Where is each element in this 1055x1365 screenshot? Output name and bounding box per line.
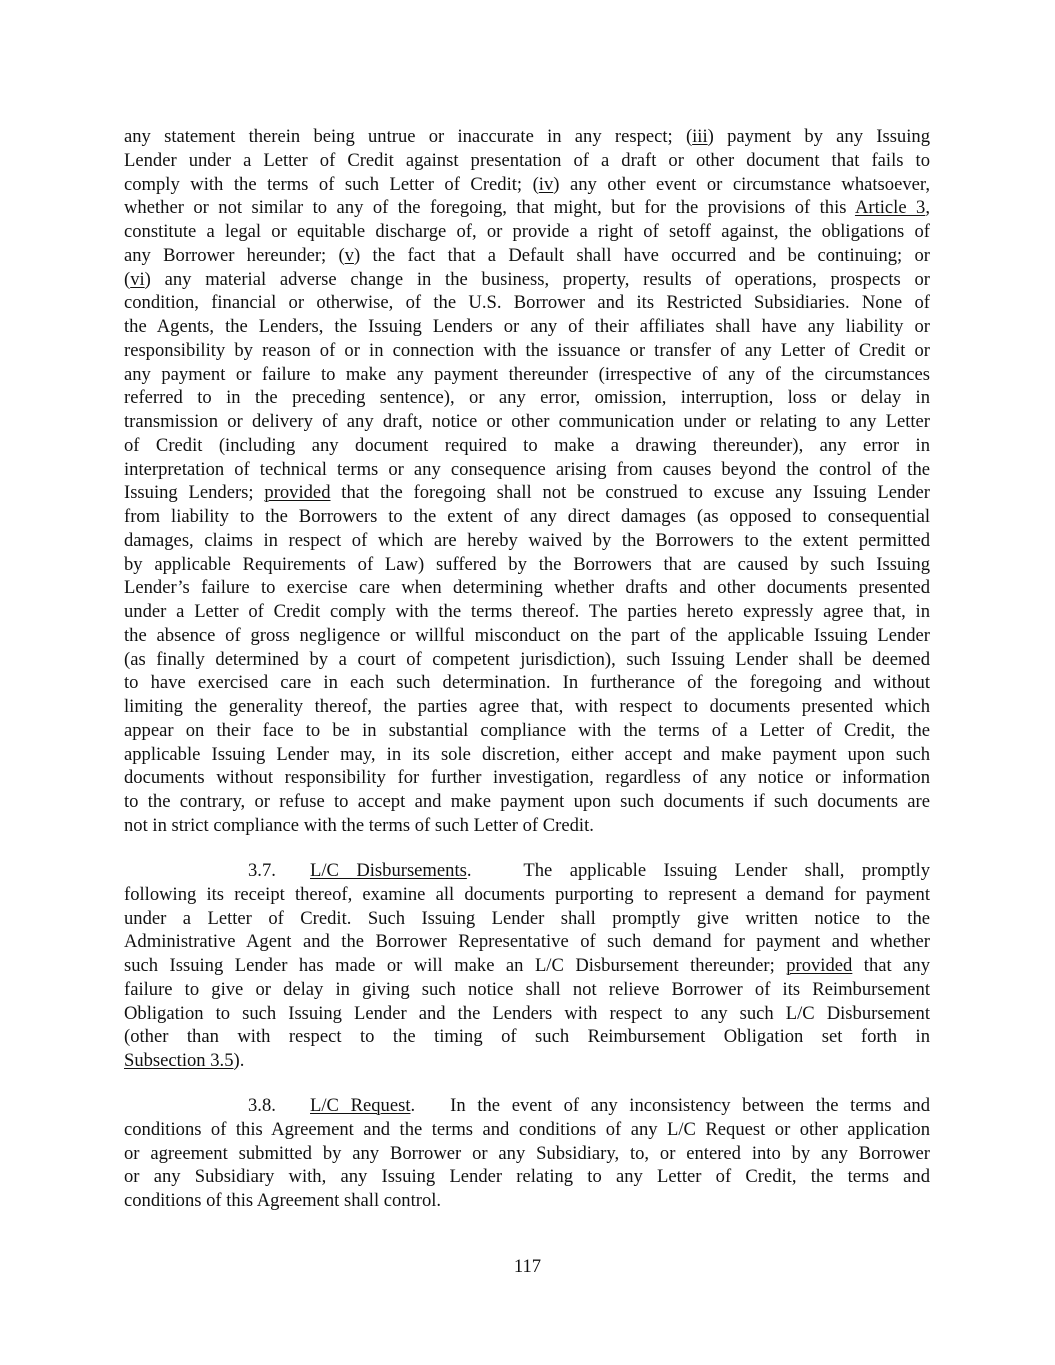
text-line: interpretation of technical terms or any… [124, 458, 930, 482]
paragraph-continuation: any statement therein being untrue or in… [124, 125, 930, 838]
text-line: (as finally determined by a court of com… [124, 648, 930, 672]
text-line: responsibility by reason of or in connec… [124, 339, 930, 363]
text-line: to have exercised care in each such dete… [124, 671, 930, 695]
section-3-7-l-c-disbursements: 3.7.L/C Disbursements. The applicable Is… [124, 859, 930, 1073]
underlined-reference: provided [786, 955, 852, 976]
underlined-reference: vi [130, 269, 144, 290]
section-3-8-l-c-request: 3.8.L/C Request. In the event of any inc… [124, 1094, 930, 1213]
underlined-reference: v [345, 245, 354, 266]
text-line: Subsection 3.5). [124, 1049, 930, 1073]
text-line: or any Subsidiary with, any Issuing Lend… [124, 1165, 930, 1189]
text-line: Administrative Agent and the Borrower Re… [124, 930, 930, 954]
text-line: failure to give or delay in giving such … [124, 978, 930, 1002]
underlined-reference: Article 3 [855, 197, 925, 218]
text-line: applicable Issuing Lender may, in its so… [124, 743, 930, 767]
underlined-reference: Subsection 3.5 [124, 1050, 234, 1071]
text-line: any statement therein being untrue or in… [124, 125, 930, 149]
text-line: documents without responsibility for fur… [124, 766, 930, 790]
document-page: any statement therein being untrue or in… [0, 0, 1055, 1365]
text-line: conditions of this Agreement shall contr… [124, 1189, 930, 1213]
text-line: comply with the terms of such Letter of … [124, 173, 930, 197]
text-line: any Borrower hereunder; (v) the fact tha… [124, 244, 930, 268]
text-line: Issuing Lenders; provided that the foreg… [124, 481, 930, 505]
text-line: (vi) any material adverse change in the … [124, 268, 930, 292]
text-line: not in strict compliance with the terms … [124, 814, 930, 838]
text-line: Lender’s failure to exercise care when d… [124, 576, 930, 600]
text-line: Lender under a Letter of Credit against … [124, 149, 930, 173]
section-number: 3.8. [248, 1094, 310, 1118]
text-line: of Credit (including any document requir… [124, 434, 930, 458]
text-line: by applicable Requirements of Law) suffe… [124, 553, 930, 577]
text-line: damages, claims in respect of which are … [124, 529, 930, 553]
text-line: under a Letter of Credit comply with the… [124, 600, 930, 624]
text-line: under a Letter of Credit. Such Issuing L… [124, 907, 930, 931]
page-number: 117 [0, 1256, 1055, 1278]
section-number: 3.7. [248, 859, 310, 883]
text-line: 3.7.L/C Disbursements. The applicable Is… [124, 859, 930, 883]
text-line: constitute a legal or equitable discharg… [124, 220, 930, 244]
section-title: L/C Disbursements [310, 860, 467, 881]
text-line: limiting the generality thereof, the par… [124, 695, 930, 719]
underlined-reference: iv [539, 174, 553, 195]
text-line: from liability to the Borrowers to the e… [124, 505, 930, 529]
text-line: whether or not similar to any of the for… [124, 196, 930, 220]
text-line: to the contrary, or refuse to accept and… [124, 790, 930, 814]
text-line: or agreement submitted by any Borrower o… [124, 1142, 930, 1166]
text-line: such Issuing Lender has made or will mak… [124, 954, 930, 978]
section-title: L/C Request [310, 1095, 411, 1116]
text-line: the absence of gross negligence or willf… [124, 624, 930, 648]
text-line: following its receipt thereof, examine a… [124, 883, 930, 907]
underlined-reference: iii [692, 126, 708, 147]
text-line: Obligation to such Issuing Lender and th… [124, 1002, 930, 1026]
underlined-reference: provided [264, 482, 330, 503]
text-line: conditions of this Agreement and the ter… [124, 1118, 930, 1142]
text-line: referred to in the preceding sentence), … [124, 386, 930, 410]
text-line: the Agents, the Lenders, the Issuing Len… [124, 315, 930, 339]
text-line: (other than with respect to the timing o… [124, 1025, 930, 1049]
text-line: condition, financial or otherwise, of th… [124, 291, 930, 315]
text-line: transmission or delivery of any draft, n… [124, 410, 930, 434]
text-line: appear on their face to be in substantia… [124, 719, 930, 743]
text-line: any payment or failure to make any payme… [124, 363, 930, 387]
text-line: 3.8.L/C Request. In the event of any inc… [124, 1094, 930, 1118]
